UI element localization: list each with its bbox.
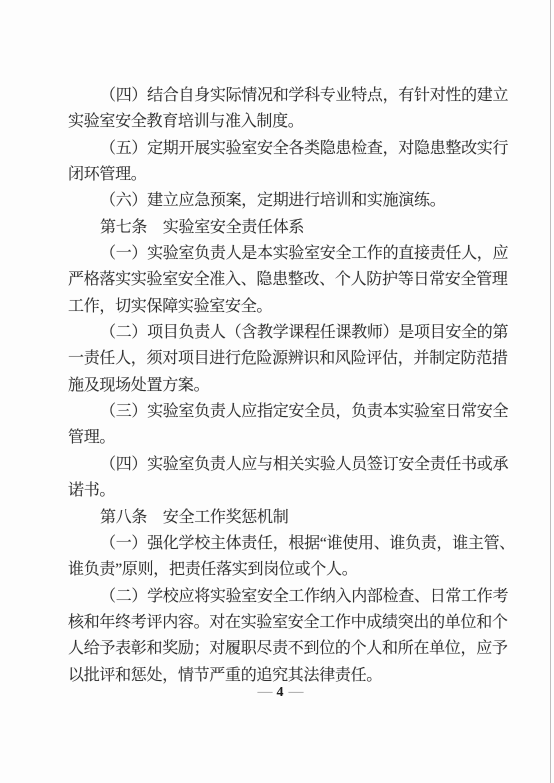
footer-page-number: 4 [272, 685, 289, 700]
article-7-item-2-line-1: （二）项目负责人（含教学课程任课教师）是项目安全的第 [68, 320, 492, 346]
article-7-item-4-line-1: （四）实验室负责人应与相关实验人员签订安全责任书或承 [68, 452, 492, 478]
article-7-item-2-line-2: 一责任人，须对项目进行危险源辨识和风险评估，并制定防范措 [68, 346, 492, 372]
article-8-heading: 第八条 安全工作奖惩机制 [68, 505, 492, 531]
article-7-item-1-line-2: 严格落实实验室安全准入、隐患整改、个人防护等日常安全管理 [68, 267, 492, 293]
article-8-item-1-line-2: 谁负责”原则，把责任落实到岗位或个人。 [68, 557, 492, 583]
item-4-education-system-line-1: （四）结合自身实际情况和学科专业特点，有针对性的建立 [68, 83, 492, 109]
article-8-item-2-line-1: （二）学校应将实验室安全工作纳入内部检查、日常工作考 [68, 584, 492, 610]
item-5-hazard-inspection-line-2: 闭环管理。 [68, 162, 492, 188]
article-8-item-1-line-1: （一）强化学校主体责任，根据“谁使用、谁负责，谁主管、 [68, 531, 492, 557]
item-4-education-system-line-2: 实验室安全教育培训与准入制度。 [68, 109, 492, 135]
article-8-item-2-line-2: 核和年终考评内容。对在实验室安全工作中成绩突出的单位和个 [68, 610, 492, 636]
item-5-hazard-inspection-line-1: （五）定期开展实验室安全各类隐患检查，对隐患整改实行 [68, 136, 492, 162]
scanned-document-page: （四）结合自身实际情况和学科专业特点，有针对性的建立实验室安全教育培训与准入制度… [0, 0, 554, 783]
article-8-item-2-line-3: 人给予表彰和奖励；对履职尽责不到位的个人和所在单位，应予 [68, 636, 492, 662]
page-footer: —4— [68, 683, 492, 702]
article-7-item-1-line-3: 工作，切实保障实验室安全。 [68, 294, 492, 320]
footer-dash-left: — [258, 684, 272, 700]
article-7-item-3-line-1: （三）实验室负责人应指定安全员，负责本实验室日常安全 [68, 399, 492, 425]
article-7-item-2-line-3: 施及现场处置方案。 [68, 373, 492, 399]
article-7-item-3-line-2: 管理。 [68, 425, 492, 451]
item-6-emergency-plan: （六）建立应急预案，定期进行培训和实施演练。 [68, 188, 492, 214]
article-7-item-4-line-2: 诺书。 [68, 478, 492, 504]
scan-edge-artifact [550, 0, 551, 783]
article-7-heading: 第七条 实验室安全责任体系 [68, 215, 492, 241]
footer-dash-right: — [289, 684, 303, 700]
document-body: （四）结合自身实际情况和学科专业特点，有针对性的建立实验室安全教育培训与准入制度… [68, 83, 492, 689]
article-7-item-1-line-1: （一）实验室负责人是本实验室安全工作的直接责任人，应 [68, 241, 492, 267]
